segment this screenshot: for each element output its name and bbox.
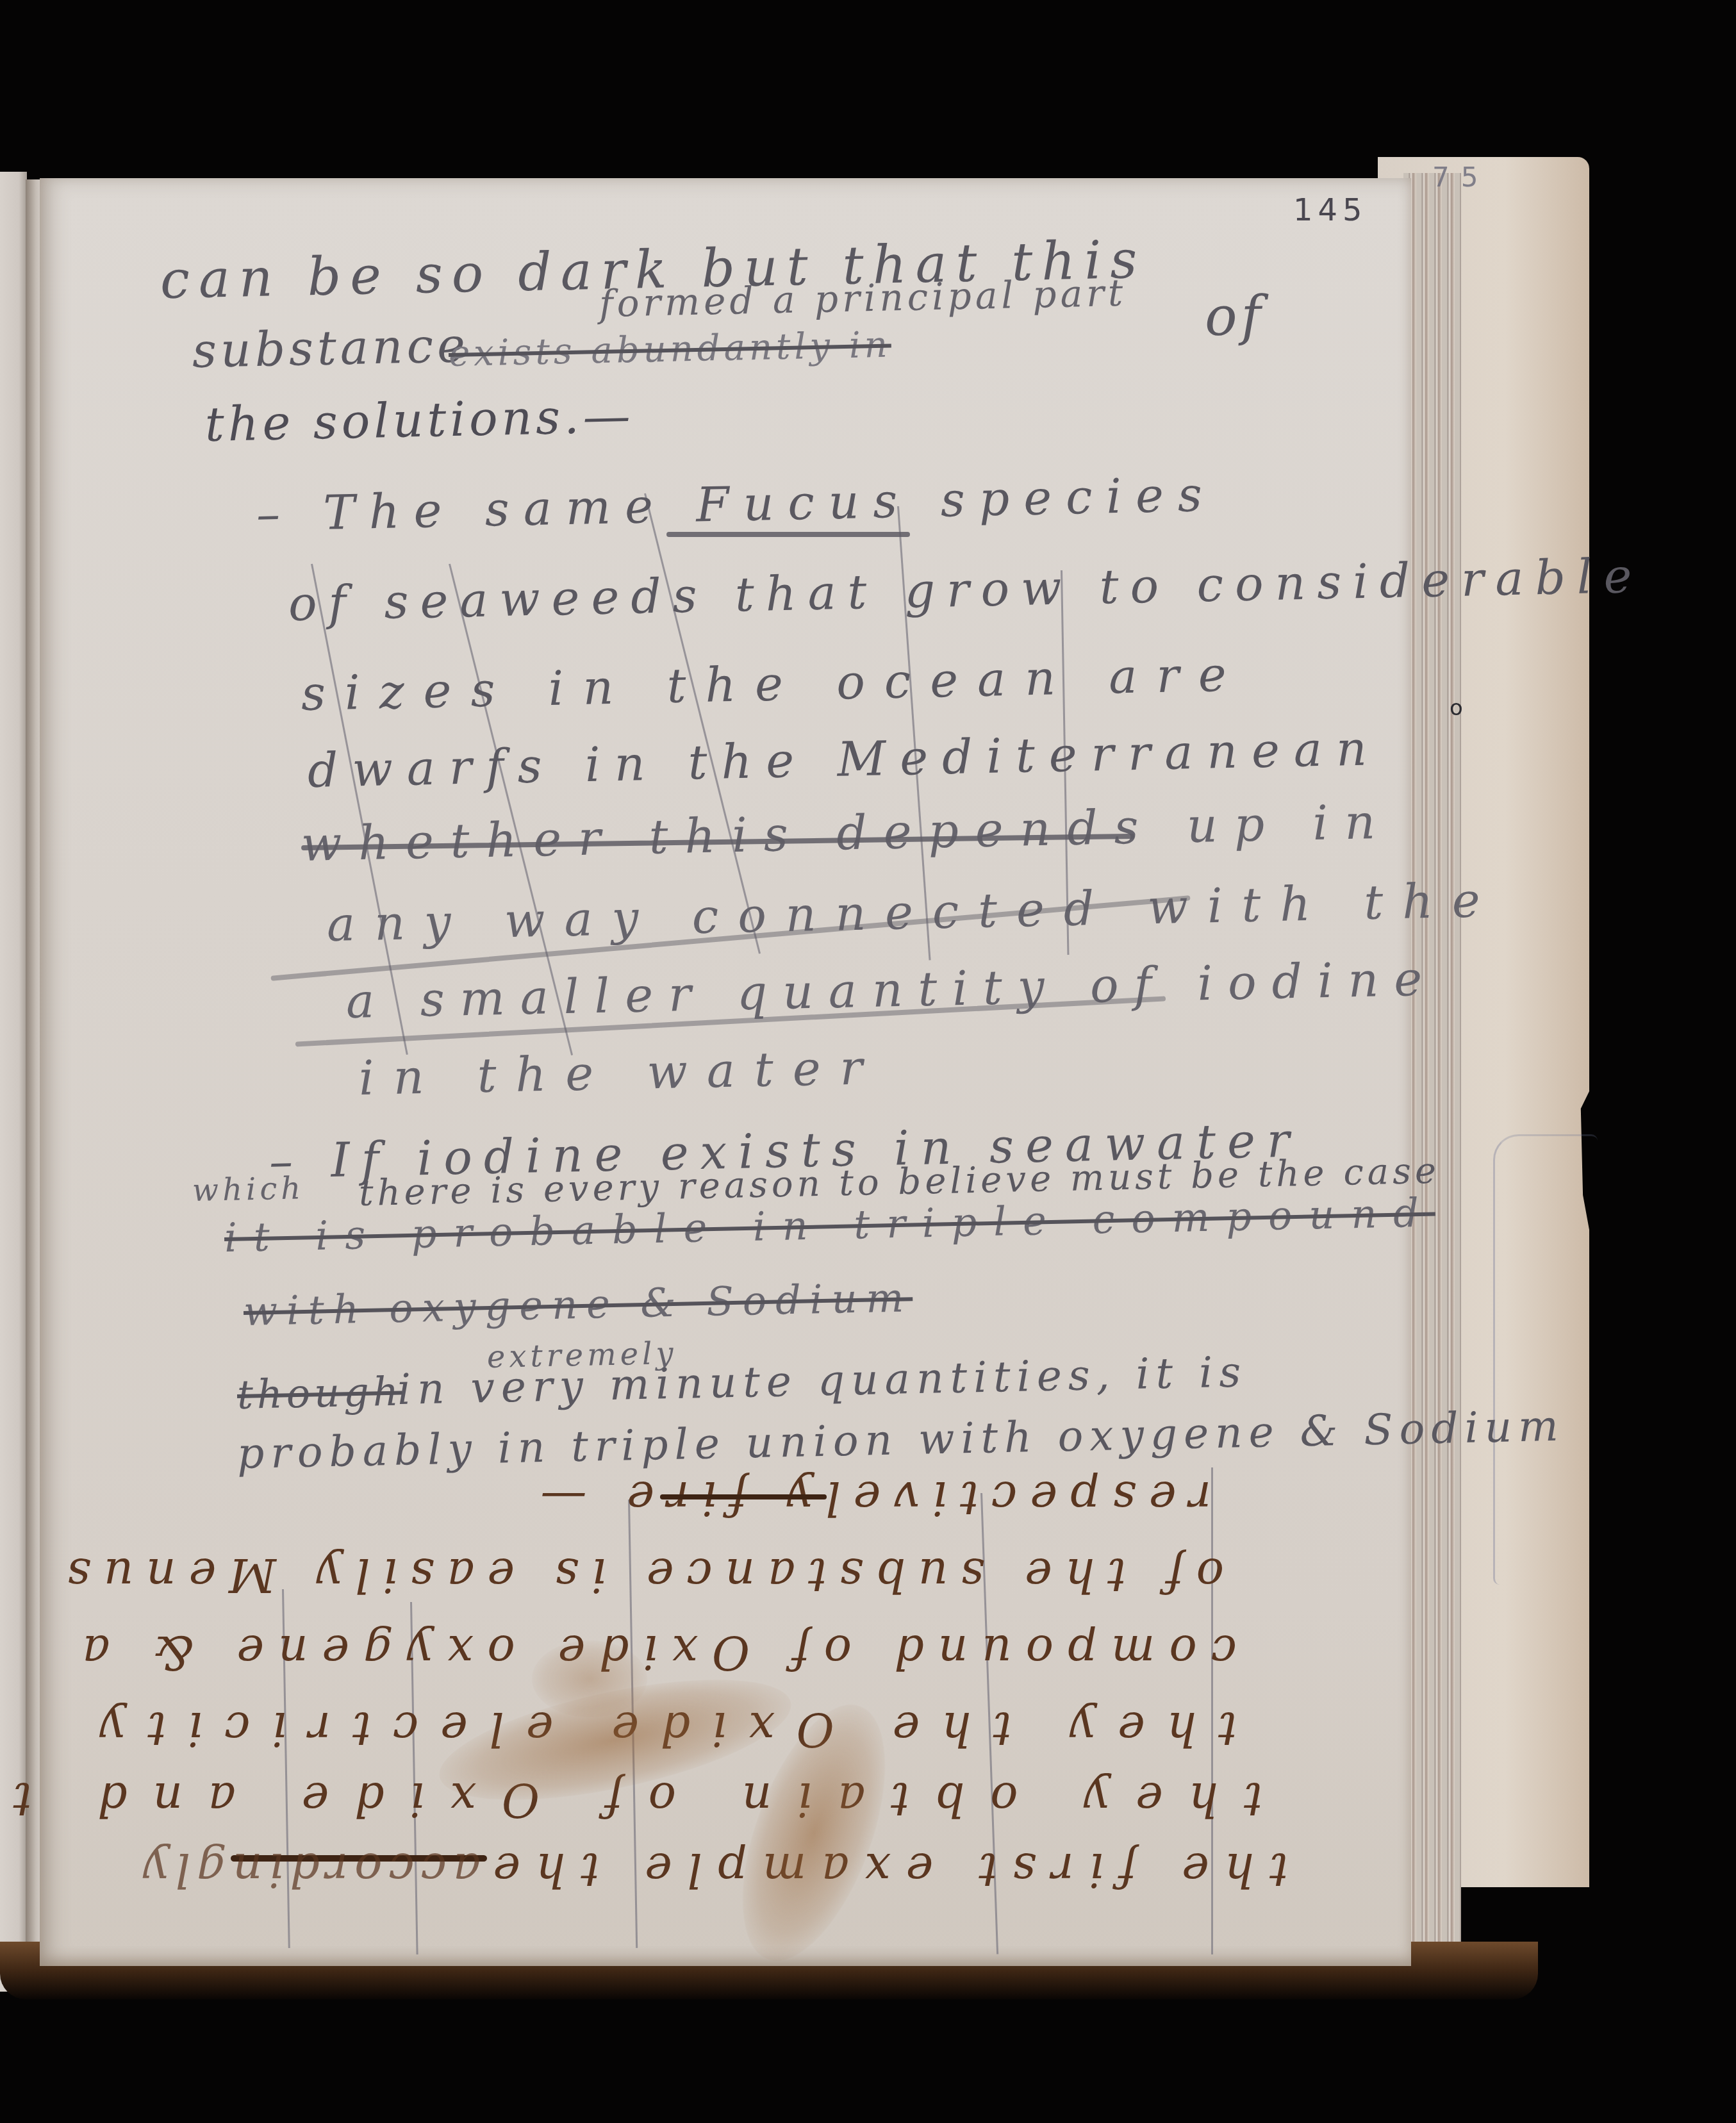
text-line: of xyxy=(1204,284,1266,348)
ink-smudge xyxy=(532,1640,647,1717)
struck-text: in the water xyxy=(358,1040,882,1106)
page-number: 145 xyxy=(1293,192,1368,228)
page-edges-stack xyxy=(1403,173,1461,1967)
ink-strike-mark xyxy=(660,1494,827,1499)
struck-text: though xyxy=(236,1368,402,1418)
ink-text-line: accordingly xyxy=(136,1843,481,1897)
margin-mark: o xyxy=(1450,695,1463,721)
ink-text-line: of the substance is easily Menus xyxy=(54,1548,1224,1602)
strike-mark xyxy=(666,532,910,537)
text-line: the solutions.— xyxy=(204,388,634,452)
margin-note: which xyxy=(192,1170,304,1209)
text-line: substance xyxy=(192,318,469,379)
ink-text-line: respectively fire — xyxy=(528,1471,1211,1525)
pencil-sketch-on-back-leaf xyxy=(1493,1134,1598,1585)
ink-text-line: the first example the xyxy=(477,1843,1288,1897)
folio-number: 75 xyxy=(1432,161,1489,193)
left-page-edge xyxy=(0,172,27,1992)
ink-text-line: compound of Oxide oxygene & a xyxy=(69,1625,1237,1679)
